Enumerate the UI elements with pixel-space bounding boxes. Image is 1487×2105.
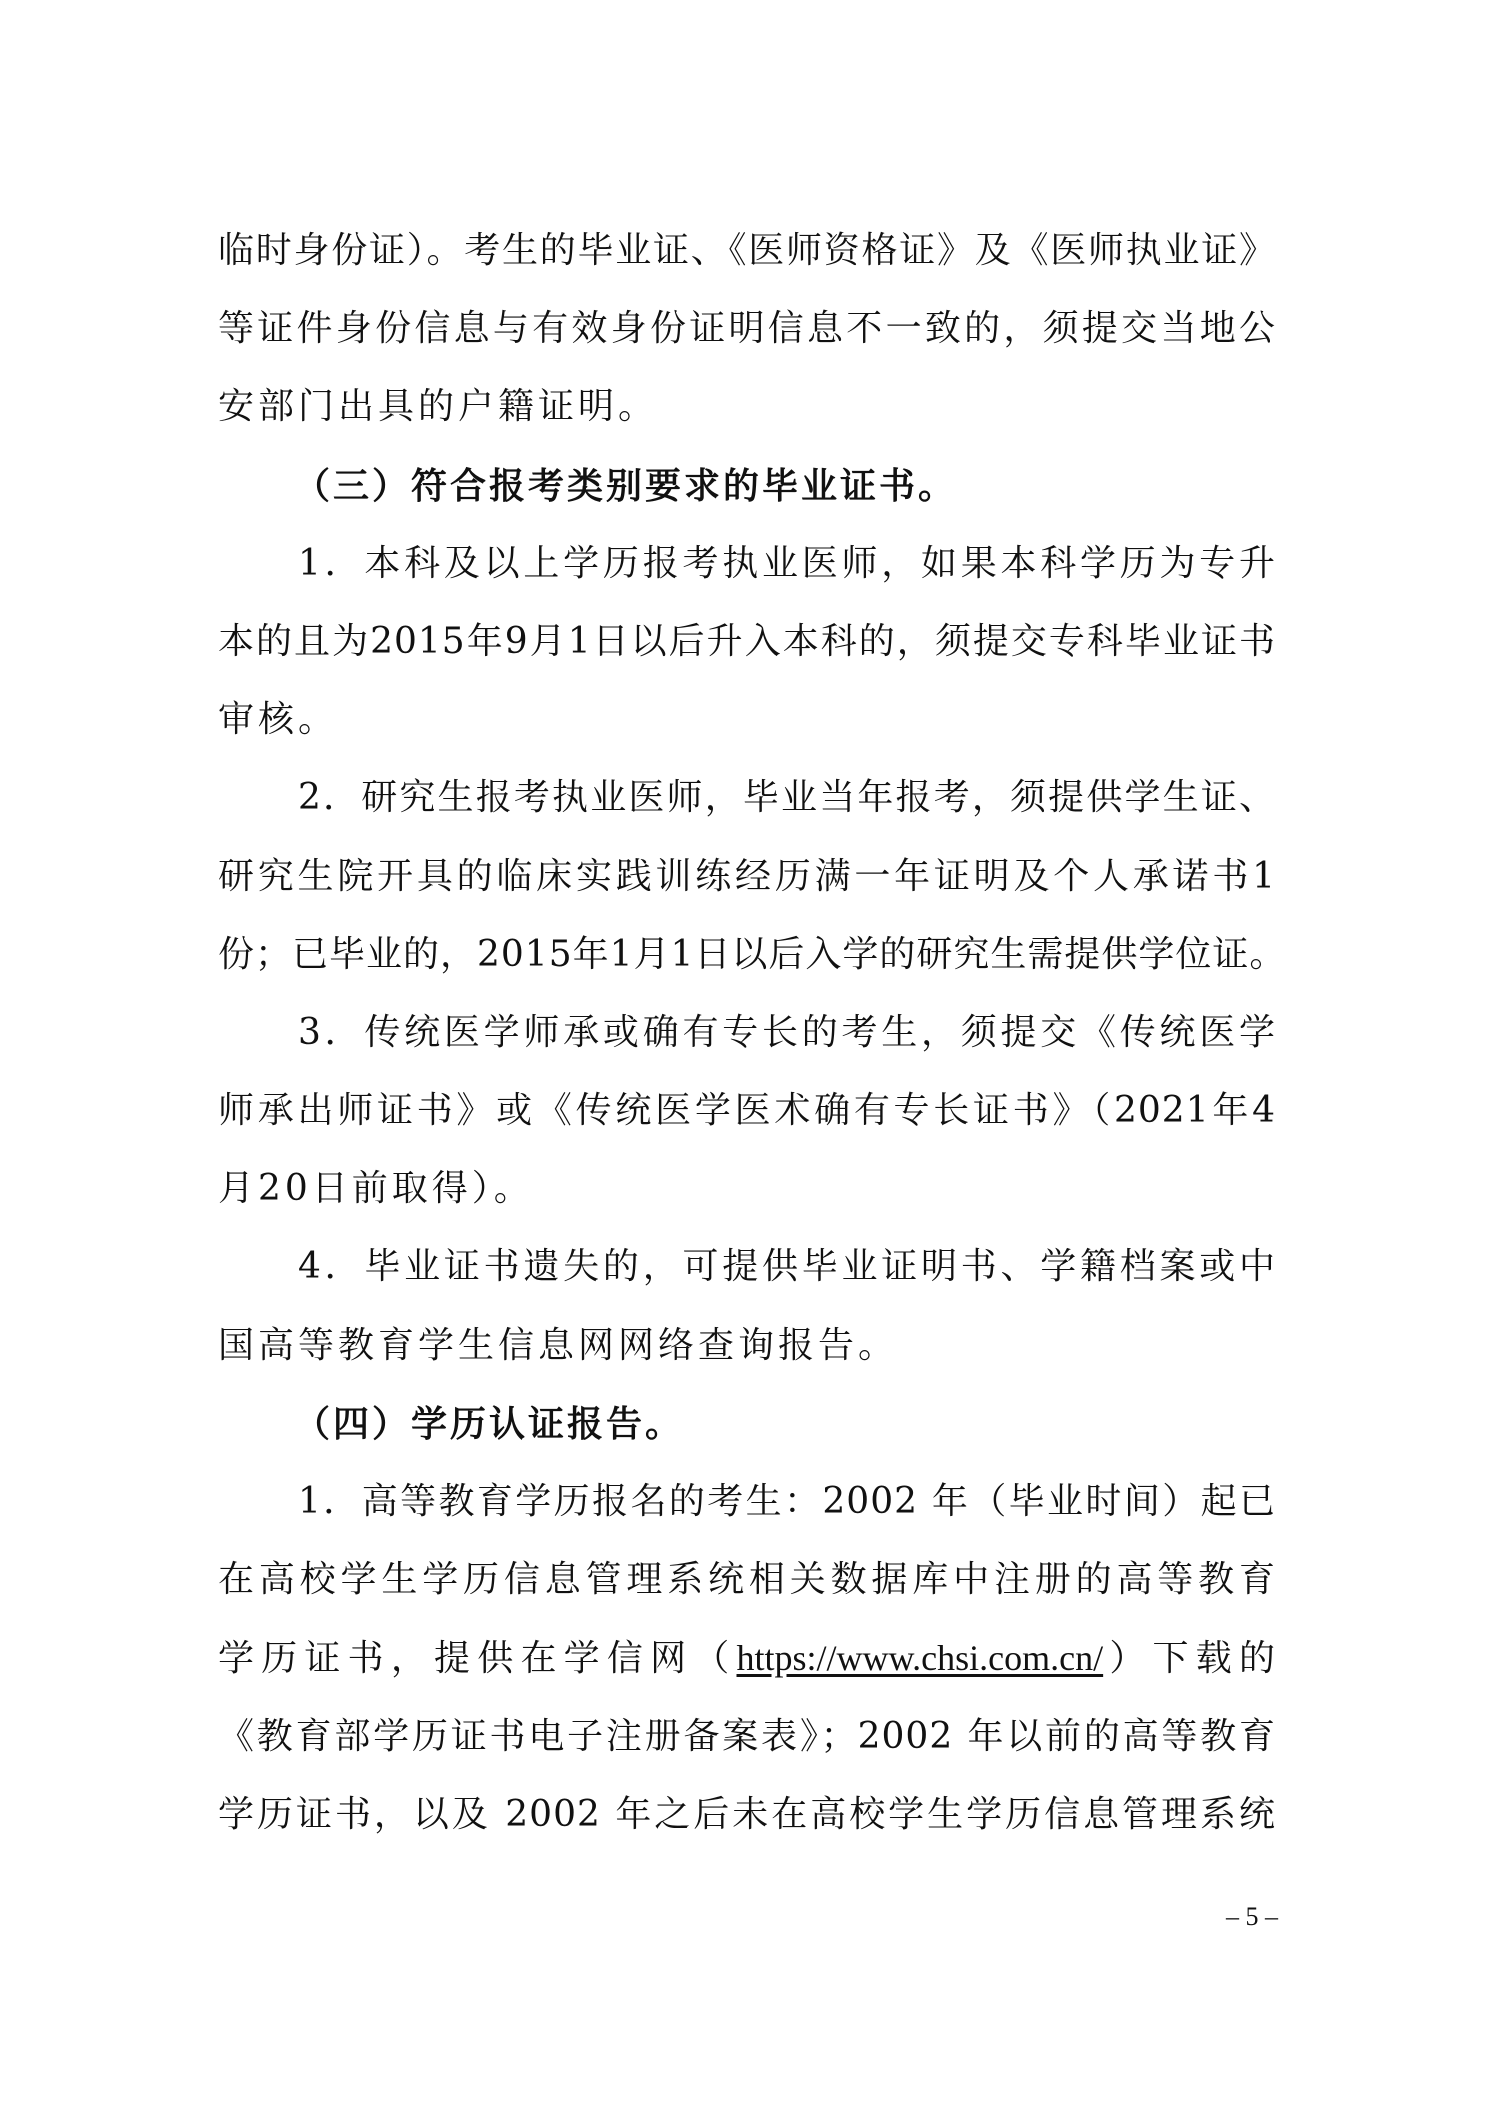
document-body: 临时身份证）。考生的毕业证、《医师资格证》及《医师执业证》 等证件身份信息与有效… bbox=[218, 212, 1276, 1854]
list-item-1-line: 1．高等教育学历报名的考生：2002 年（毕业时间）起已 bbox=[218, 1463, 1276, 1541]
paragraph-line: 研究生院开具的临床实践训练经历满一年证明及个人承诺书1 bbox=[218, 838, 1276, 916]
paragraph-line: 安部门出具的户籍证明。 bbox=[218, 368, 1276, 446]
paragraph-line: 《教育部学历证书电子注册备案表》；2002 年以前的高等教育 bbox=[218, 1698, 1276, 1776]
link-suffix-text: ）下载的 bbox=[1103, 1638, 1276, 1679]
paragraph-line: 审核。 bbox=[218, 681, 1276, 759]
list-item-2-line: 2．研究生报考执业医师，毕业当年报考，须提供学生证、 bbox=[218, 759, 1276, 837]
paragraph-line: 本的且为2015年9月1日以后升入本科的，须提交专科毕业证书 bbox=[218, 603, 1276, 681]
paragraph-line: 等证件身份信息与有效身份证明信息不一致的，须提交当地公 bbox=[218, 290, 1276, 368]
page-number: – 5 – bbox=[1206, 1898, 1278, 1936]
section-heading-3: （三）符合报考类别要求的毕业证书。 bbox=[218, 447, 1276, 525]
chsi-link[interactable]: https://www.chsi.com.cn/ bbox=[737, 1638, 1104, 1678]
paragraph-line: 在高校学生学历信息管理系统相关数据库中注册的高等教育 bbox=[218, 1541, 1276, 1619]
section-heading-4: （四）学历认证报告。 bbox=[218, 1385, 1276, 1463]
paragraph-line: 学历证书，以及 2002 年之后未在高校学生学历信息管理系统 bbox=[218, 1776, 1276, 1854]
paragraph-line: 月20日前取得）。 bbox=[218, 1150, 1276, 1228]
list-item-3-line: 3．传统医学师承或确有专长的考生，须提交《传统医学 bbox=[218, 994, 1276, 1072]
list-item-4-line: 4．毕业证书遗失的，可提供毕业证明书、学籍档案或中 bbox=[218, 1228, 1276, 1306]
paragraph-line: 临时身份证）。考生的毕业证、《医师资格证》及《医师执业证》 bbox=[218, 212, 1276, 290]
paragraph-line-with-link: 学历证书，提供在学信网（https://www.chsi.com.cn/）下载的 bbox=[218, 1619, 1276, 1697]
list-item-1-line: 1．本科及以上学历报考执业医师，如果本科学历为专升 bbox=[218, 525, 1276, 603]
link-prefix-text: 学历证书，提供在学信网（ bbox=[218, 1638, 737, 1679]
paragraph-line: 份；已毕业的，2015年1月1日以后入学的研究生需提供学位证。 bbox=[218, 916, 1276, 994]
paragraph-line: 国高等教育学生信息网网络查询报告。 bbox=[218, 1307, 1276, 1385]
paragraph-line: 师承出师证书》或《传统医学医术确有专长证书》（2021年4 bbox=[218, 1072, 1276, 1150]
document-page: 临时身份证）。考生的毕业证、《医师资格证》及《医师执业证》 等证件身份信息与有效… bbox=[0, 0, 1487, 2105]
